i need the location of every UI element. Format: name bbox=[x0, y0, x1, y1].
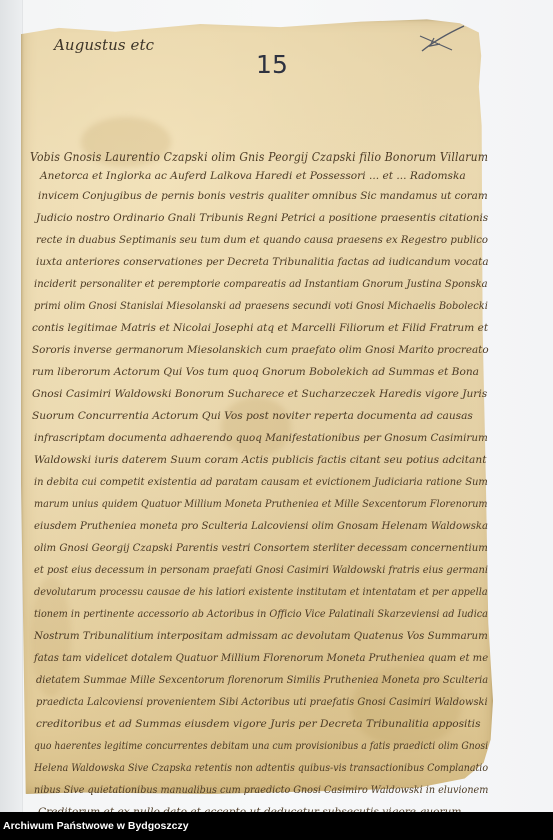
text-line: fatas tam videlicet dotalem Quatuor Mill… bbox=[34, 652, 488, 664]
text-line: creditoribus et ad Summas eiusdem vigore… bbox=[36, 718, 481, 730]
text-line: olim Gnosi Georgij Czapski Parentis vest… bbox=[34, 542, 488, 554]
text-line: eiusdem Prutheniea moneta pro Sculteria … bbox=[34, 520, 488, 532]
text-line: iuxta anteriores conservationes per Decr… bbox=[36, 256, 489, 268]
text-line: quo haerentes legitime concurrentes debi… bbox=[34, 740, 488, 752]
text-line: devolutarum processu causae de his latio… bbox=[34, 586, 488, 598]
text-line: Nostrum Tribunalitium interpositam admis… bbox=[34, 630, 488, 642]
text-line: et post eius decessum in personam praefa… bbox=[34, 564, 488, 576]
text-line: Vobis Gnosis Laurentio Czapski olim Gnis… bbox=[30, 150, 488, 164]
text-line: praedicta Lalcoviensi provenientem Sibi … bbox=[36, 696, 488, 708]
text-line: in debita cui competit existentia ad par… bbox=[34, 476, 488, 488]
text-line: Sororis inverse germanorum Miesolanskich… bbox=[32, 344, 489, 356]
text-line: contis legitimae Matris et Nicolai Josep… bbox=[32, 322, 488, 334]
scanner-edge-strip bbox=[0, 0, 23, 812]
text-line: invicem Conjugibus de pernis bonis vestr… bbox=[38, 190, 488, 202]
text-line: infrascriptam documenta adhaerendo quoq … bbox=[34, 432, 488, 444]
text-line: nibus Sive quietationibus manualibus cum… bbox=[34, 784, 488, 796]
text-line: Suorum Concurrentia Actorum Qui Vos post… bbox=[32, 410, 473, 422]
text-line: Anetorca et Inglorka ac Auferd Lalkova H… bbox=[40, 170, 466, 182]
text-line: dietatem Summae Mille Sexcentorum floren… bbox=[36, 674, 488, 686]
archive-name-label: Archiwum Państwowe w Bydgoszczy bbox=[0, 820, 189, 832]
text-line: recte in duabus Septimanis seu tum dum e… bbox=[36, 234, 488, 246]
text-line: inciderit personaliter et peremptorie co… bbox=[34, 278, 488, 290]
text-line: Judicio nostro Ordinario Gnali Tribunis … bbox=[36, 212, 488, 224]
paper-stain bbox=[221, 397, 291, 457]
text-line: Helena Waldowska Sive Czapska retentis n… bbox=[34, 762, 488, 774]
text-line: rum liberorum Actorum Qui Vos tum quoq G… bbox=[32, 366, 479, 378]
pencil-cross-mark-icon bbox=[418, 24, 468, 56]
text-line: Gnosi Casimiri Waldowski Bonorum Suchare… bbox=[32, 388, 487, 400]
scanned-page-background: Augustus etc 15 Vobis Gnosis Laurentio C… bbox=[0, 0, 553, 812]
text-line: tionem in pertinente accessorio ab Actor… bbox=[34, 608, 488, 620]
text-line: marum unius quidem Quatuor Millium Monet… bbox=[34, 498, 488, 510]
corner-annotation: Augustus etc bbox=[54, 36, 154, 54]
text-line: Waldowski iuris daterem Suum coram Actis… bbox=[34, 454, 486, 466]
text-line: primi olim Gnosi Stanislai Miesolanski a… bbox=[34, 300, 488, 312]
archive-footer-bar: Archiwum Państwowe w Bydgoszczy bbox=[0, 812, 553, 840]
folio-number: 15 bbox=[256, 50, 288, 79]
